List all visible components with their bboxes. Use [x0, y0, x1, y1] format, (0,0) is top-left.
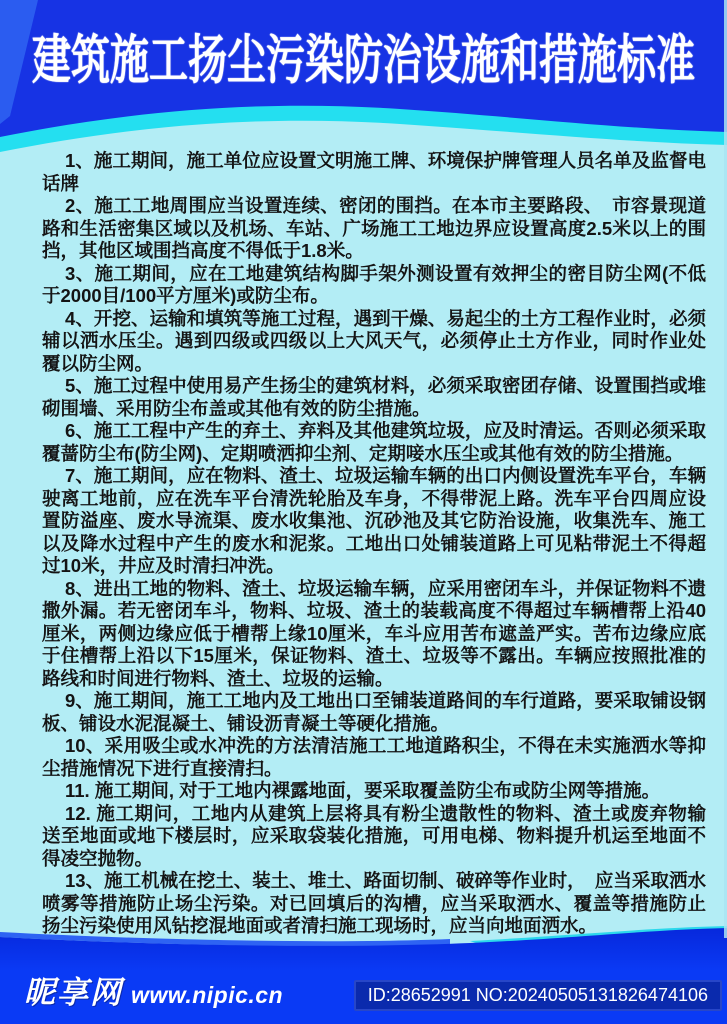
regulation-item-9: 9、施工期间，施工工地内及工地出口至铺装道路间的车行道路，要采取铺设钢板、铺设水… [42, 690, 706, 735]
regulation-item-7: 7、施工期间，应在物料、渣土、垃圾运输车辆的出口内侧设置洗车平台，车辆驶离工地前… [42, 465, 706, 578]
regulation-item-12: 12. 施工期问，工地内从建筑上层将具有粉尘遗散性的物料、渣土或废弃物输送至地面… [42, 803, 706, 871]
regulation-item-6: 6、施工工程中产生的弃土、弃料及其他建筑垃圾，应及时清运。否则必须采取覆蔷防尘布… [42, 420, 706, 465]
regulation-item-3: 3、施工期间，应在工地建筑结构脚手架外测设置有效押尘的密目防尘网(不低于2000… [42, 263, 706, 308]
poster-title: 建筑施工扬尘污染防治设施和措施标准 [0, 19, 727, 105]
construction-dust-poster: 建筑施工扬尘污染防治设施和措施标准 1、施工期间，施工单位应设置文明施工牌、环境… [0, 0, 727, 1024]
regulation-item-4: 4、开挖、运输和填筑等施工过程，遇到干燥、易起尘的土方工程作业时，必须辅以洒水压… [42, 308, 706, 376]
watermark-id-badge: ID:28652991 NO:20240505131826474106 [354, 980, 722, 1011]
regulations-list: 1、施工期间，施工单位应设置文明施工牌、环境保护牌管理人员名单及监督电话牌 2、… [42, 150, 706, 944]
footer-bar: 昵享网www.nipic.cn ID:28652991 NO:202405051… [0, 962, 727, 1024]
regulation-item-2: 2、施工工地周围应当设置连续、密闭的围挡。在本市主要路段、 市容景现道路和生活密… [42, 195, 706, 263]
regulation-item-8: 8、进出工地的物料、渣土、垃圾运输车辆，应采用密闭车斗，并保证物料不遗撒外漏。若… [42, 578, 706, 691]
regulation-item-5: 5、施工过程中使用易产生扬尘的建筑材料，必须采取密团存储、设置围挡或堆砌围墙、采… [42, 375, 706, 420]
regulation-item-1: 1、施工期间，施工单位应设置文明施工牌、环境保护牌管理人员名单及监督电话牌 [42, 150, 706, 195]
regulation-item-10: 10、采用吸尘或水冲洗的方法清洁施工工地道路积尘，不得在未实施洒水等抑尘措施情况… [42, 735, 706, 780]
regulation-item-11: 11. 施工期间, 对于工地内裸露地面，要采取覆盖防尘布或防尘网等措施。 [42, 780, 706, 803]
site-logo: 昵享网www.nipic.cn [24, 967, 283, 1012]
site-logo-text: 昵享网 [24, 975, 123, 1010]
site-url: www.nipic.cn [131, 982, 283, 1008]
